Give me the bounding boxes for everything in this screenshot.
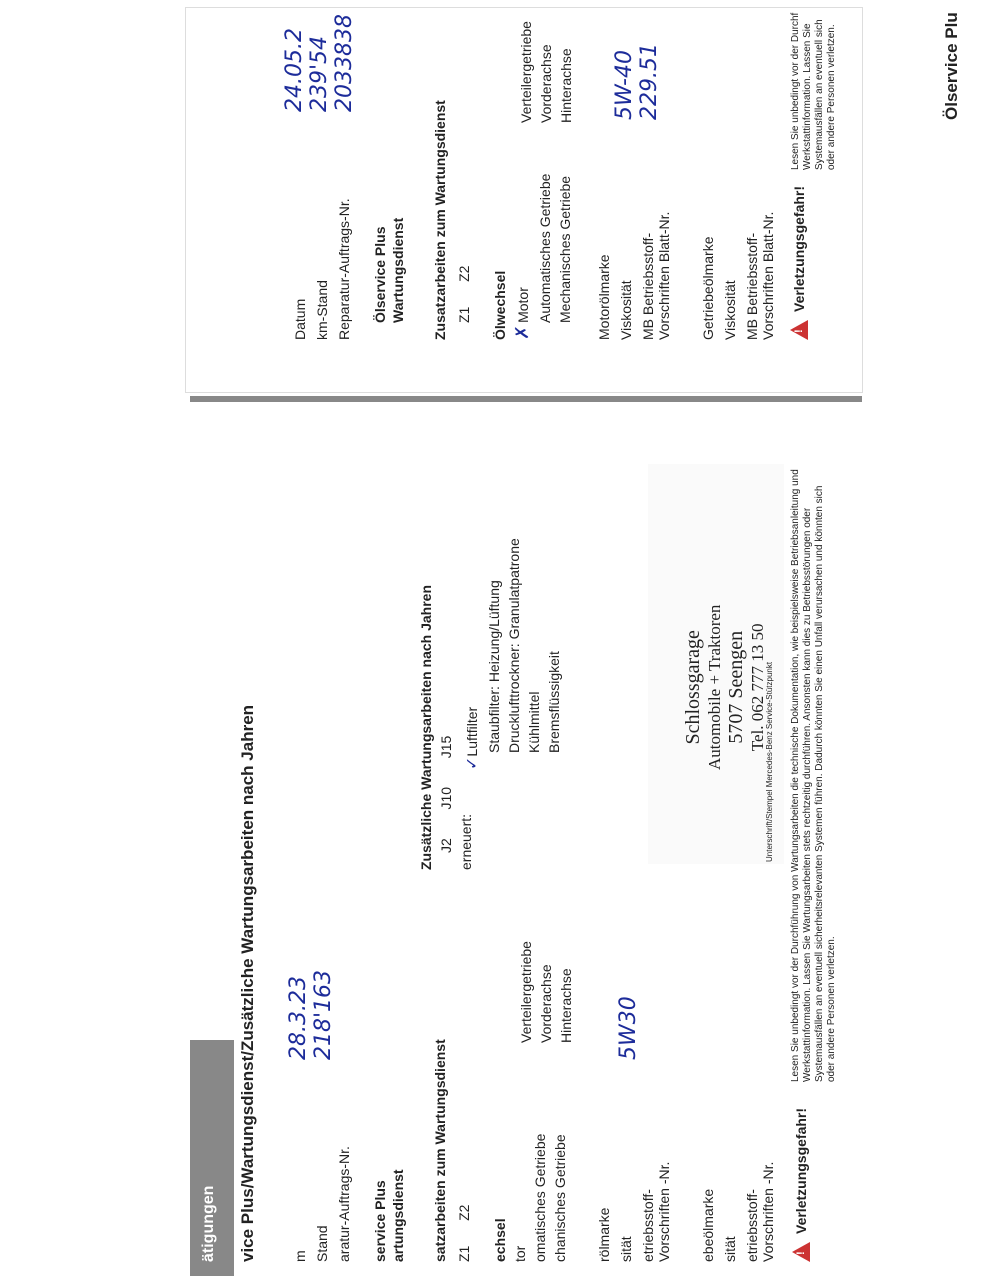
left-service-types: service Plus artungsdienst <box>372 1169 406 1262</box>
stamp-line1: Schlossgarage <box>682 605 705 770</box>
gear-oil-brand-label: Getriebeölmarke <box>700 160 716 340</box>
checkmark-x-icon: ✗ <box>512 325 532 340</box>
service-type-wartungsdienst[interactable]: Wartungsdienst <box>390 218 406 340</box>
left-gear-oil-viscosity-label: sität <box>722 1122 738 1262</box>
left-motor-oil-viscosity-label: sität <box>618 1122 634 1262</box>
left-fields-labels: m Stand aratur-Auftrags-Nr. <box>292 1146 352 1262</box>
jahre-j15[interactable]: J15 <box>438 736 454 776</box>
oelwechsel-vorderachse[interactable]: Vorderachse <box>538 21 554 140</box>
left-field-label-datum: m <box>292 1146 308 1262</box>
left-field-value-km: 218'163 <box>311 970 336 1060</box>
left-gear-oil-brand-label: ebeölmarke <box>700 1122 716 1262</box>
left-tab-label: ätigungen <box>200 1186 218 1262</box>
left-motor-oil-brand-label: rölmarke <box>596 1122 612 1262</box>
field-value-auftrag: 2033838 <box>332 14 357 112</box>
left-oelwechsel-motor[interactable]: tor <box>512 1134 528 1262</box>
left-page-title: vice Plus/Wartungsdienst/Zusätzliche War… <box>238 705 258 1262</box>
left-service-type-oelservice[interactable]: service Plus <box>372 1169 388 1262</box>
left-zusatz-options[interactable]: Z1 Z2 <box>456 1039 472 1262</box>
left-warning-text: Lesen Sie unbedingt vor der Durchführung… <box>790 469 838 1082</box>
field-label-datum: Datum <box>292 198 308 340</box>
oelwechsel-auto[interactable]: Automatisches Getriebe <box>537 174 553 340</box>
left-oelwechsel: echsel tor omatisches Getriebe chanische… <box>492 1134 568 1262</box>
right-zusatz: Zusatzarbeiten zum Wartungsdienst Z1 Z2 <box>432 100 472 340</box>
oelwechsel-heading: Ölwechsel <box>492 174 508 340</box>
zusatz-z1[interactable]: Z1 <box>456 307 472 340</box>
erneuert-list: ✓Luftfilter Staubfilter: Heizung/Lüftung… <box>462 538 562 770</box>
left-oelwechsel-hinterachse[interactable]: Hinterachse <box>558 941 574 1060</box>
left-zusatz: satzarbeiten zum Wartungsdienst Z1 Z2 <box>432 1039 472 1262</box>
stamp-caption: Unterschrift/Stempel Mercedes-Benz Servi… <box>764 662 776 862</box>
jahre-heading: Zusätzliche Wartungsarbeiten nach Jahren <box>418 585 434 870</box>
left-fields-values: 28.3.23 218'163 <box>286 970 336 1060</box>
warning-title: Verletzungsgefahr! <box>791 186 807 312</box>
right-fields-labels: Datum km-Stand Reparatur-Auftrags-Nr. <box>292 198 352 340</box>
gear-oil-spec-label: MB Betriebsstoff-Vorschriften Blatt-Nr. <box>744 160 776 340</box>
left-warning-title: Verletzungsgefahr! <box>793 1108 809 1234</box>
right-motor-oil-values: 5W-40 229.51 <box>612 43 662 120</box>
zusatz-heading: Zusatzarbeiten zum Wartungsdienst <box>432 100 448 340</box>
left-service-type-wartungsdienst[interactable]: artungsdienst <box>390 1169 406 1262</box>
left-oelwechsel-heading: echsel <box>492 1134 508 1262</box>
right-service-types: Ölservice Plus Wartungsdienst <box>372 218 406 340</box>
warning-triangle-icon <box>790 320 808 340</box>
right-warning-text: Lesen Sie unbedingt vor der Durchf Werks… <box>790 13 838 170</box>
stamp-line2: Automobile + Traktoren <box>705 605 725 770</box>
left-gear-oil-spec-label: etriebsstoff-Vorschriften -Nr. <box>744 1122 776 1262</box>
left-motor-oil-spec-label: etriebsstoff-Vorschriften -Nr. <box>640 1122 672 1262</box>
right-motor-oil: Motorölmarke Viskosität MB Betriebsstoff… <box>596 160 672 340</box>
erneuert-luftfilter[interactable]: ✓Luftfilter <box>462 538 482 770</box>
erneuert-drucklufttrockner[interactable]: Drucklufttrockner: Granulatpatrone <box>506 538 522 770</box>
service-type-oelservice[interactable]: Ölservice Plus <box>372 218 388 340</box>
left-oelwechsel-auto[interactable]: omatisches Getriebe <box>532 1134 548 1262</box>
left-field-label-km: Stand <box>314 1146 330 1262</box>
jahre-j10[interactable]: J10 <box>438 787 454 827</box>
gear-oil-viscosity-label: Viskosität <box>722 160 738 340</box>
dealer-stamp: Schlossgarage Automobile + Traktoren 570… <box>682 605 768 770</box>
oelwechsel-motor[interactable]: ✗Motor <box>512 174 533 340</box>
motor-oil-viscosity-label: Viskosität <box>618 160 634 340</box>
left-field-label-auftrag: aratur-Auftrags-Nr. <box>336 1146 352 1262</box>
motor-oil-viscosity-value: 5W-40 <box>612 43 637 120</box>
motor-oil-spec-label: MB Betriebsstoff-Vorschriften Blatt-Nr. <box>640 160 672 340</box>
zusatz-z2[interactable]: Z2 <box>456 266 472 299</box>
jahre-options: J2 J10 J15 <box>438 585 454 870</box>
field-value-datum: 24.05.2 <box>282 14 307 112</box>
erneuert-staubfilter[interactable]: Staubfilter: Heizung/Lüftung <box>486 538 502 770</box>
left-oelwechsel-right: Verteilergetriebe Vorderachse Hinterachs… <box>518 941 574 1060</box>
oelwechsel-verteiler[interactable]: Verteilergetriebe <box>518 21 534 140</box>
jahre-j2[interactable]: J2 <box>438 838 454 870</box>
right-page-header: Ölservice Plu <box>942 12 962 120</box>
checkmark-icon: ✓ <box>464 757 481 770</box>
right-fields-values: 24.05.2 239'54 2033838 <box>282 14 357 112</box>
zusatz-options: Z1 Z2 <box>456 100 472 340</box>
oelwechsel-hinterachse[interactable]: Hinterachse <box>558 21 574 140</box>
left-gear-oil: ebeölmarke sität etriebsstoff-Vorschrift… <box>700 1122 776 1262</box>
field-value-km: 239'54 <box>307 14 332 112</box>
right-oelwechsel: Ölwechsel ✗Motor Automatisches Getriebe … <box>492 174 573 340</box>
field-label-auftrag: Reparatur-Auftrags-Nr. <box>336 198 352 340</box>
right-warning: Verletzungsgefahr! <box>790 186 808 340</box>
left-oelwechsel-mech[interactable]: chanisches Getriebe <box>552 1134 568 1262</box>
right-gear-oil: Getriebeölmarke Viskosität MB Betriebsst… <box>700 160 776 340</box>
left-oelwechsel-vorderachse[interactable]: Vorderachse <box>538 941 554 1060</box>
motor-oil-spec-value: 229.51 <box>637 43 662 120</box>
left-motor-oil: rölmarke sität etriebsstoff-Vorschriften… <box>596 1122 672 1262</box>
stamp-line3: 5707 Seengen <box>725 605 748 770</box>
motor-oil-brand-label: Motorölmarke <box>596 160 612 340</box>
oelwechsel-mech[interactable]: Mechanisches Getriebe <box>557 174 573 340</box>
left-warning-triangle-icon <box>792 1242 810 1262</box>
left-motor-oil-viscosity-value: 5W30 <box>616 996 641 1060</box>
field-label-km: km-Stand <box>314 198 330 340</box>
right-oelwechsel-right: Verteilergetriebe Vorderachse Hinterachs… <box>518 21 574 140</box>
left-zusatz-heading: satzarbeiten zum Wartungsdienst <box>432 1039 448 1262</box>
left-field-value-datum: 28.3.23 <box>286 970 311 1060</box>
erneuert-bremsfluessigkeit[interactable]: Bremsflüssigkeit <box>546 538 562 770</box>
erneuert-kuehlmittel[interactable]: Kühlmittel <box>526 538 542 770</box>
left-oelwechsel-verteiler[interactable]: Verteilergetriebe <box>518 941 534 1060</box>
left-warning: Verletzungsgefahr! <box>792 1108 810 1262</box>
